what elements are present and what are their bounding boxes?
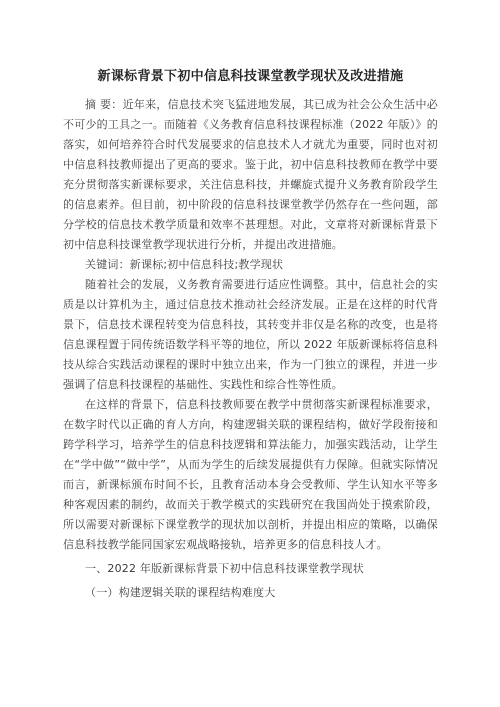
- document-title: 新课标背景下初中信息科技课堂教学现状及改进措施: [63, 67, 438, 86]
- document-page: 新课标背景下初中信息科技课堂教学现状及改进措施 摘 要：近年来，信息技术突飞猛进…: [0, 0, 500, 707]
- keywords-line: 关键词：新课标;初中信息科技;教学现状: [63, 255, 438, 275]
- subsection-heading: （一）构建逻辑关联的课程结构难度大: [63, 583, 438, 603]
- abstract-paragraph: 摘 要：近年来，信息技术突飞猛进地发展，其已成为社会公众生活中必不可少的工具之一…: [63, 95, 438, 255]
- body-paragraph: 在这样的背景下，信息科技教师要在教学中贯彻落实新课程标准要求，在数字时代以正确的…: [63, 395, 438, 555]
- body-paragraph: 随着社会的发展，义务教育需要进行适应性调整。其中，信息社会的实质是以计算机为主，…: [63, 275, 438, 395]
- section-heading: 一、2022 年版新课标背景下初中信息科技课堂教学现状: [63, 559, 438, 579]
